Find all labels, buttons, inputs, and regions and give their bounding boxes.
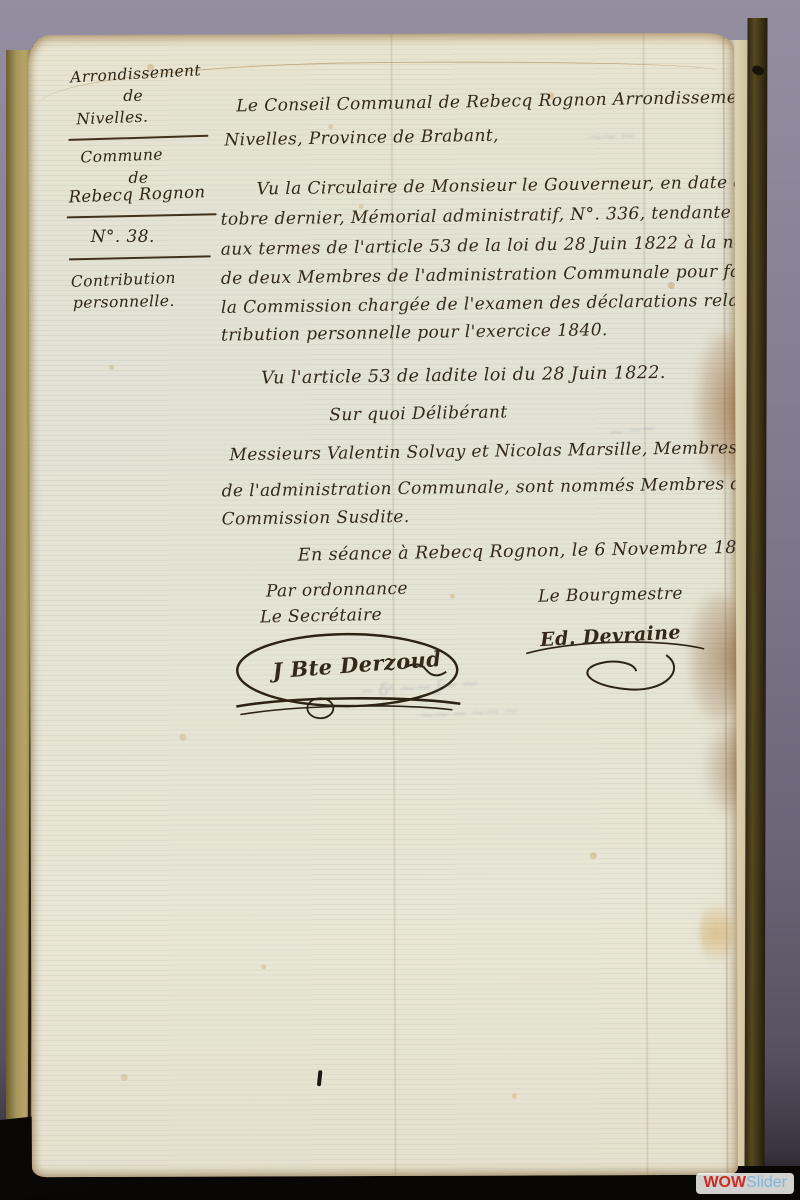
- para3-line-3: Commission Susdite.: [222, 507, 410, 530]
- margin-personnelle: personnelle.: [73, 292, 175, 312]
- book-right-cover-edge: [744, 18, 767, 1180]
- signature-flourish: [516, 609, 716, 700]
- foxing-stain: [699, 903, 733, 963]
- manuscript-page: Arrondissement de Nivelles. Commune de R…: [28, 33, 738, 1177]
- margin-number: N°. 38.: [91, 227, 155, 247]
- wowslider-slider-text: Slider: [746, 1174, 787, 1191]
- deliberant-heading: Sur quoi Délibérant: [329, 402, 508, 425]
- wowslider-watermark[interactable]: WOWSlider: [696, 1173, 794, 1194]
- foxing-spots: [28, 35, 33, 40]
- closing-par-ordonnance: Par ordonnance: [266, 579, 408, 602]
- margin-nivelles: Nivelles.: [76, 108, 149, 129]
- photograph-of-manuscript: Arrondissement de Nivelles. Commune de R…: [0, 0, 800, 1200]
- wowslider-wow-text: WOW: [703, 1174, 746, 1191]
- bourgmestre-signature: Ed. Devraine: [516, 609, 716, 704]
- margin-commune: Commune: [80, 145, 163, 166]
- closing-le-bourgmestre: Le Bourgmestre: [538, 584, 683, 607]
- verso-bleedthrough: ⁓⁓ ⁓: [588, 128, 635, 146]
- margin-de: de: [123, 87, 143, 105]
